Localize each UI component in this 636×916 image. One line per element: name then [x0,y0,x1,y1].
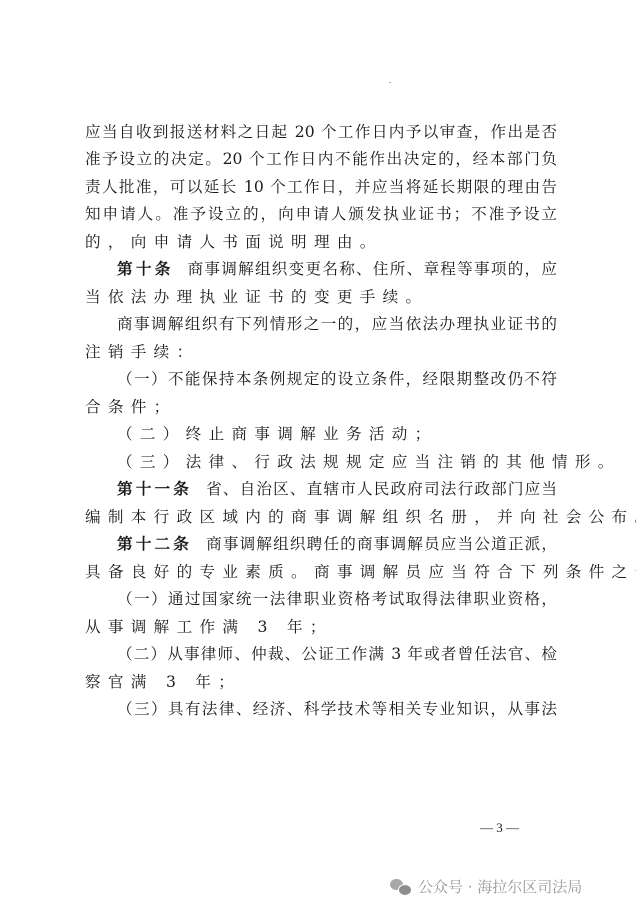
line-text: （二）终止商事调解业务活动； [117,425,438,443]
text-line: 的，向申请人书面说明理由。 [85,232,557,252]
line-text: 责人批准，可以延长 10 个工作日，并应当将延长期限的理由告 [85,178,557,196]
line-text: （二）从事律师、仲裁、公证工作满 3 年或者曾任法官、检 [117,645,557,663]
line-text: 应当自收到报送材料之日起 20 个工作日内予以审查，作出是否 [85,123,557,141]
line-text: 商事调解组织有下列情形之一的，应当依法办理执业证书的 [117,315,557,333]
line-text: 察官满 3 年； [85,673,241,691]
text-line: 准予设立的决定。20 个工作日内不能作出决定的，经本部门负 [85,149,557,169]
text-line: 应当自收到报送材料之日起 20 个工作日内予以审查，作出是否 [85,122,557,142]
text-line: 合条件； [85,397,557,417]
line-text: 具备良好的专业素质。商事调解员应当符合下列条件之一： [85,563,636,581]
article-heading: 第十一条 [117,480,192,498]
text-line: 从事调解工作满 3 年； [85,617,557,637]
line-text: （一）不能保持本条例规定的设立条件，经限期整改仍不符 [117,370,557,388]
line-text: 当依法办理执业证书的变更手续。 [85,288,428,306]
text-line: （一）不能保持本条例规定的设立条件，经限期整改仍不符 [117,369,557,389]
article-heading: 第十二条 [117,535,192,553]
scan-speck [389,82,391,83]
line-text: 商事调解组织变更名称、住所、章程等事项的，应 [188,260,557,278]
document-page: 应当自收到报送材料之日起 20 个工作日内予以审查，作出是否准予设立的决定。20… [0,0,636,916]
text-line: （一）通过国家统一法律职业资格考试取得法律职业资格， [117,589,557,609]
text-line: 察官满 3 年； [85,672,557,692]
text-line: （三）具有法律、经济、科学技术等相关专业知识，从事法 [117,699,557,719]
line-text: （三）具有法律、经济、科学技术等相关专业知识，从事法 [117,700,557,718]
line-text: （三）法律、行政法规规定应当注销的其他情形。 [117,453,621,471]
article-heading: 第十条 [117,260,174,278]
article-line: 第十一条省、自治区、直辖市人民政府司法行政部门应当 [117,479,557,499]
watermark: 公众号 · 海拉尔区司法局 [390,876,582,897]
line-text: 合条件； [85,398,177,416]
line-text: （一）通过国家统一法律职业资格考试取得法律职业资格， [117,590,557,608]
line-text: 商事调解组织聘任的商事调解员应当公道正派， [206,535,557,553]
line-text: 知申请人。准予设立的，向申请人颁发执业证书；不准予设立 [85,205,557,223]
line-text: 注销手续： [85,343,199,361]
text-line: 商事调解组织有下列情形之一的，应当依法办理执业证书的 [117,314,557,334]
article-line: 第十二条商事调解组织聘任的商事调解员应当公道正派， [117,534,557,554]
text-line: 当依法办理执业证书的变更手续。 [85,287,557,307]
text-line: 具备良好的专业素质。商事调解员应当符合下列条件之一： [85,562,557,582]
article-line: 第十条商事调解组织变更名称、住所、章程等事项的，应 [117,259,557,279]
text-line: 责人批准，可以延长 10 个工作日，并应当将延长期限的理由告 [85,177,557,197]
text-line: 知申请人。准予设立的，向申请人颁发执业证书；不准予设立 [85,204,557,224]
text-line: （二）从事律师、仲裁、公证工作满 3 年或者曾任法官、检 [117,644,557,664]
page-number: — 3 — [480,820,519,836]
wechat-icon [390,879,412,895]
line-text: 省、自治区、直辖市人民政府司法行政部门应当 [206,480,557,498]
line-text: 编制本行政区域内的商事调解组织名册，并向社会公布。 [85,508,636,526]
text-line: （二）终止商事调解业务活动； [117,424,557,444]
line-text: 准予设立的决定。20 个工作日内不能作出决定的，经本部门负 [85,150,557,168]
text-line: （三）法律、行政法规规定应当注销的其他情形。 [117,452,557,472]
text-line: 注销手续： [85,342,557,362]
line-text: 的，向申请人书面说明理由。 [85,233,383,251]
text-line: 编制本行政区域内的商事调解组织名册，并向社会公布。 [85,507,557,527]
line-text: 从事调解工作满 3 年； [85,618,333,636]
watermark-text: 公众号 · 海拉尔区司法局 [418,876,582,897]
